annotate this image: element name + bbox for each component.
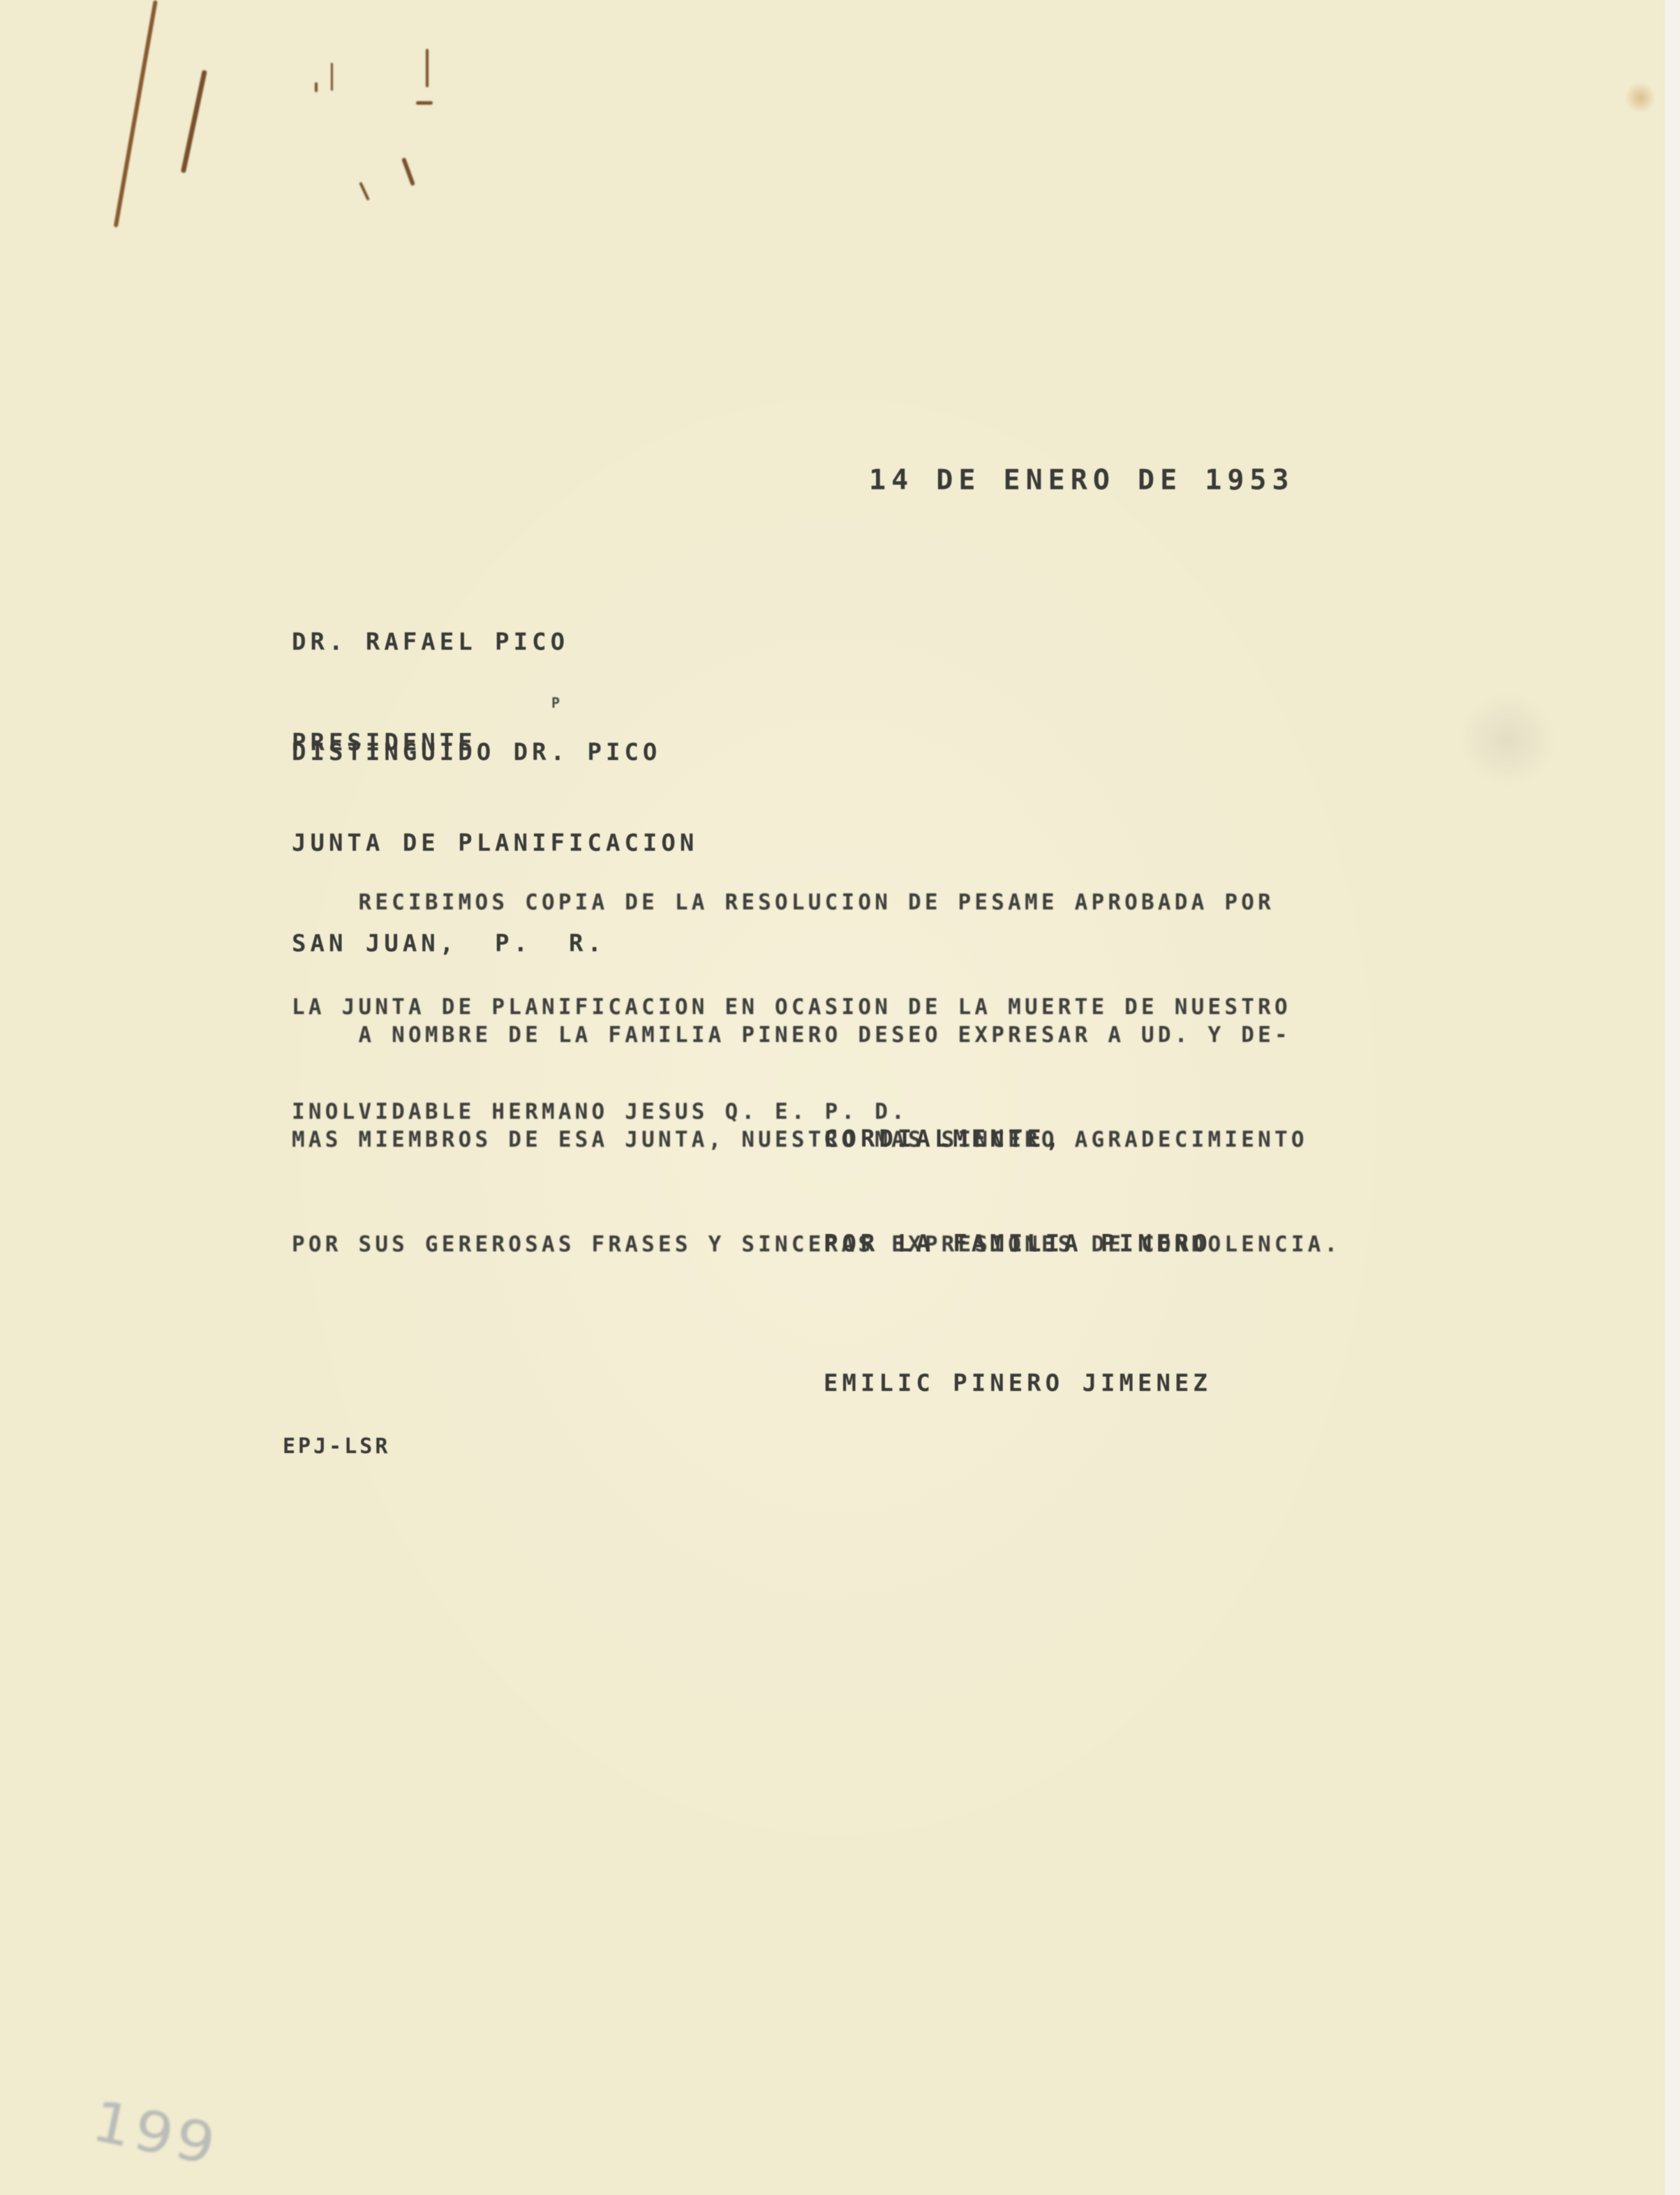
body-paragraph-2: A nombre de la familia Pinero deseo expr…	[292, 948, 1341, 1332]
paragraph-line: mas miembros de esa Junta, nuestro mas s…	[292, 1122, 1341, 1157]
rust-stain-mark	[114, 0, 158, 228]
rust-stain-mark	[416, 101, 433, 105]
closing: Cordialmente,	[824, 1125, 1064, 1153]
rust-stain-mark	[401, 157, 415, 186]
paragraph-line: Recibimos copia de la resolucion de pesa…	[292, 885, 1291, 920]
rust-stain-mark	[315, 82, 318, 92]
rust-stain-mark	[181, 70, 207, 173]
signature-on-behalf: Por La Familia Pinero	[824, 1230, 1212, 1258]
signature-name: Emilic Pinero Jimenez	[824, 1369, 1212, 1397]
rust-stain-mark	[331, 63, 333, 91]
recipient-name: Dr. Rafael Pico	[292, 625, 698, 659]
rust-stain-mark	[426, 49, 429, 87]
letter-page: 14 de enero de 1953 Dr. Rafael Pico Pres…	[0, 0, 1665, 2195]
stray-typed-mark: P	[551, 694, 560, 711]
reference-initials: EPJ-LSR	[283, 1434, 390, 1459]
paragraph-line: A nombre de la familia Pinero deseo expr…	[292, 1018, 1341, 1052]
handwritten-page-number: 199	[87, 2088, 224, 2178]
salutation: Distinguido Dr. Pico	[292, 738, 661, 766]
letter-date: 14 de enero de 1953	[869, 464, 1295, 496]
rust-stain-mark	[359, 181, 369, 200]
